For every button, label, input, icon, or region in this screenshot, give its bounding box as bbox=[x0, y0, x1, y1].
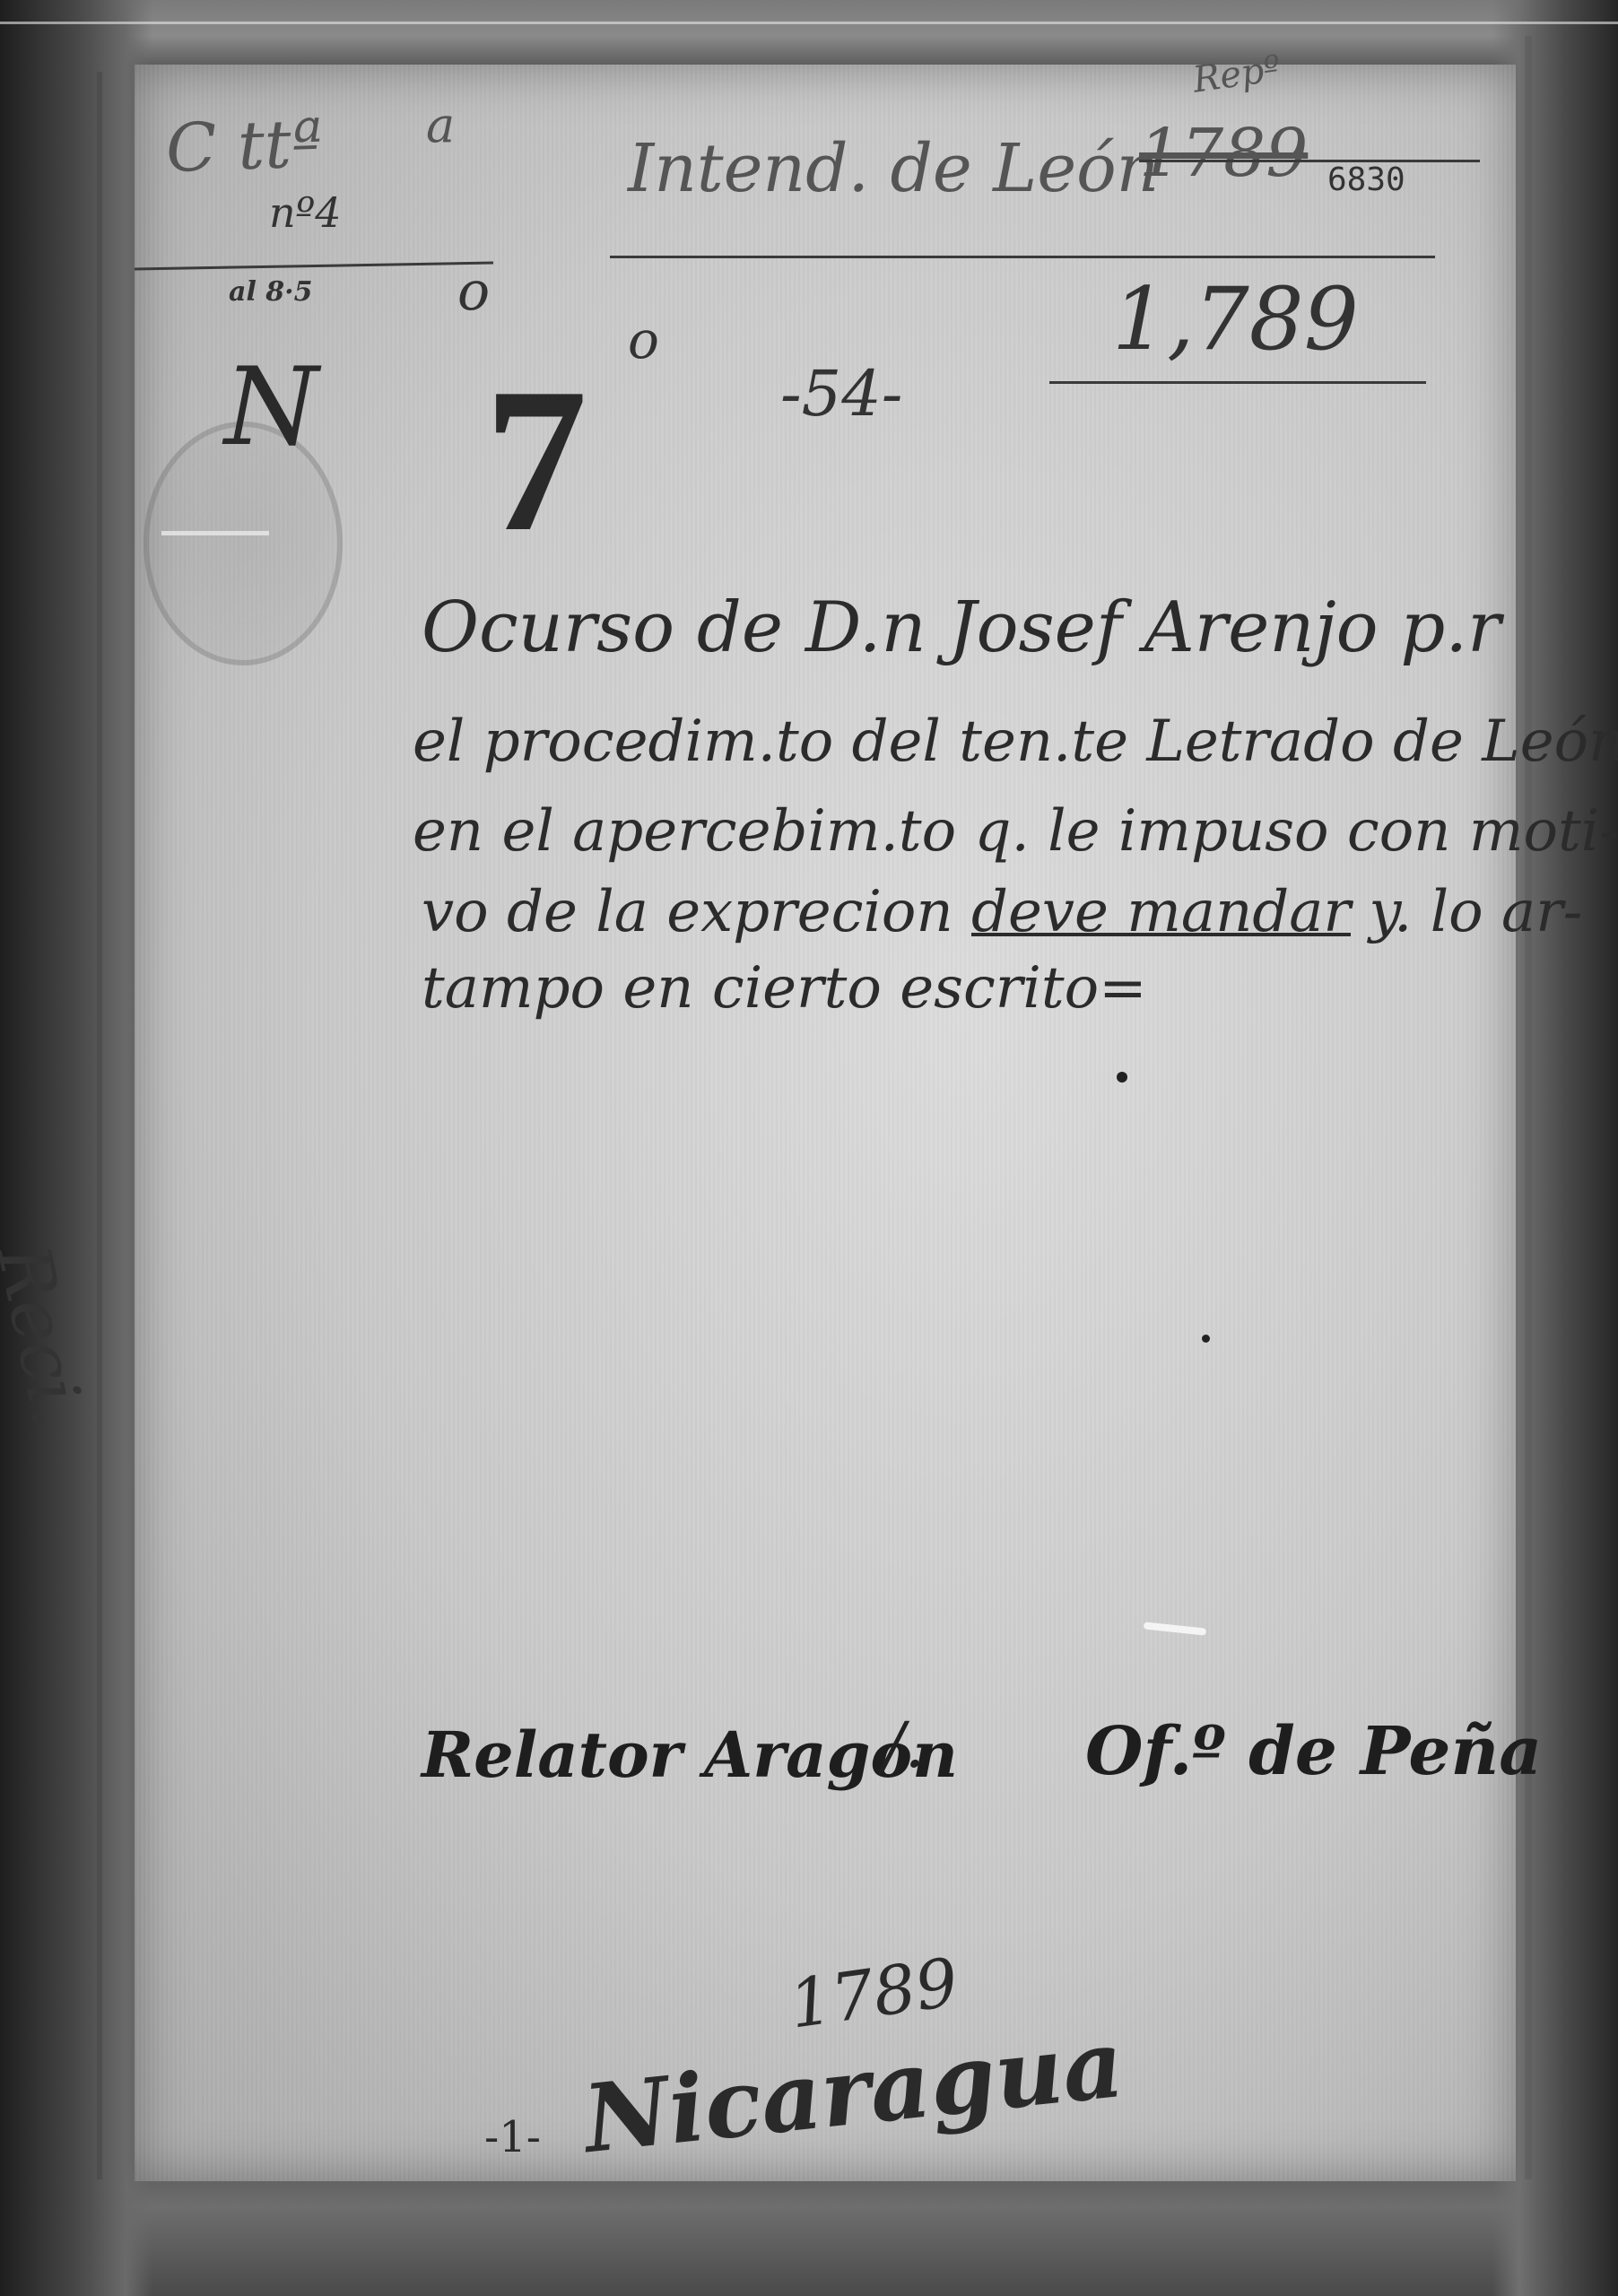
signature-oficial: Of.º de Peña bbox=[1085, 1713, 1542, 1790]
document-number-superscript: o bbox=[628, 309, 659, 370]
page-edge-right bbox=[1525, 36, 1532, 2179]
body-line-5: tampo en cierto escrito= bbox=[422, 955, 1147, 1022]
ink-speck bbox=[1202, 1335, 1210, 1343]
scan-artifact-line bbox=[0, 22, 1618, 24]
header-left-label: C ttª bbox=[165, 105, 325, 187]
header-right-year-struck: 1789 bbox=[1139, 115, 1308, 192]
page-number-marker: -1- bbox=[484, 2112, 541, 2162]
body-line-1: Ocurso de D.n Josef Arenjo p.r bbox=[422, 587, 1501, 668]
body-line-4-start: vo de la exprecion bbox=[422, 879, 953, 945]
signature-relator: Relator Aragon bbox=[422, 1718, 958, 1792]
header-center-label: Intend. de León bbox=[628, 130, 1159, 207]
body-line-4: vo de la exprecion deve mandar y. lo ar- bbox=[422, 879, 1582, 945]
year-rule bbox=[1049, 381, 1426, 384]
sub-number: -54- bbox=[780, 357, 902, 430]
header-left-superscript: a bbox=[426, 97, 455, 153]
ink-speck bbox=[1117, 1072, 1127, 1083]
page-edge-left bbox=[97, 72, 102, 2179]
numero-prefix: N bbox=[224, 345, 318, 470]
header-right-code: 6830 bbox=[1327, 161, 1405, 198]
document-number: 7 bbox=[484, 341, 587, 578]
header-left-number: nº4 bbox=[269, 188, 342, 237]
scan-glare bbox=[161, 531, 269, 535]
numero-superscript: o bbox=[457, 260, 490, 323]
header-right-rule bbox=[1139, 160, 1480, 162]
body-line-4-tail: y. lo ar- bbox=[1369, 879, 1582, 945]
header-subnote: al 8·5 bbox=[229, 276, 312, 308]
body-line-2: el procedim.to del ten.te Letrado de Leó… bbox=[413, 709, 1618, 775]
signature-relator-mark: /. bbox=[883, 1709, 925, 1782]
body-underlined-phrase: deve mandar bbox=[971, 879, 1351, 945]
header-center-rule bbox=[610, 256, 1435, 258]
numbering-year: 1,789 bbox=[1112, 269, 1359, 370]
body-line-3: en el apercebim.to q. le impuso con moti… bbox=[413, 798, 1618, 865]
